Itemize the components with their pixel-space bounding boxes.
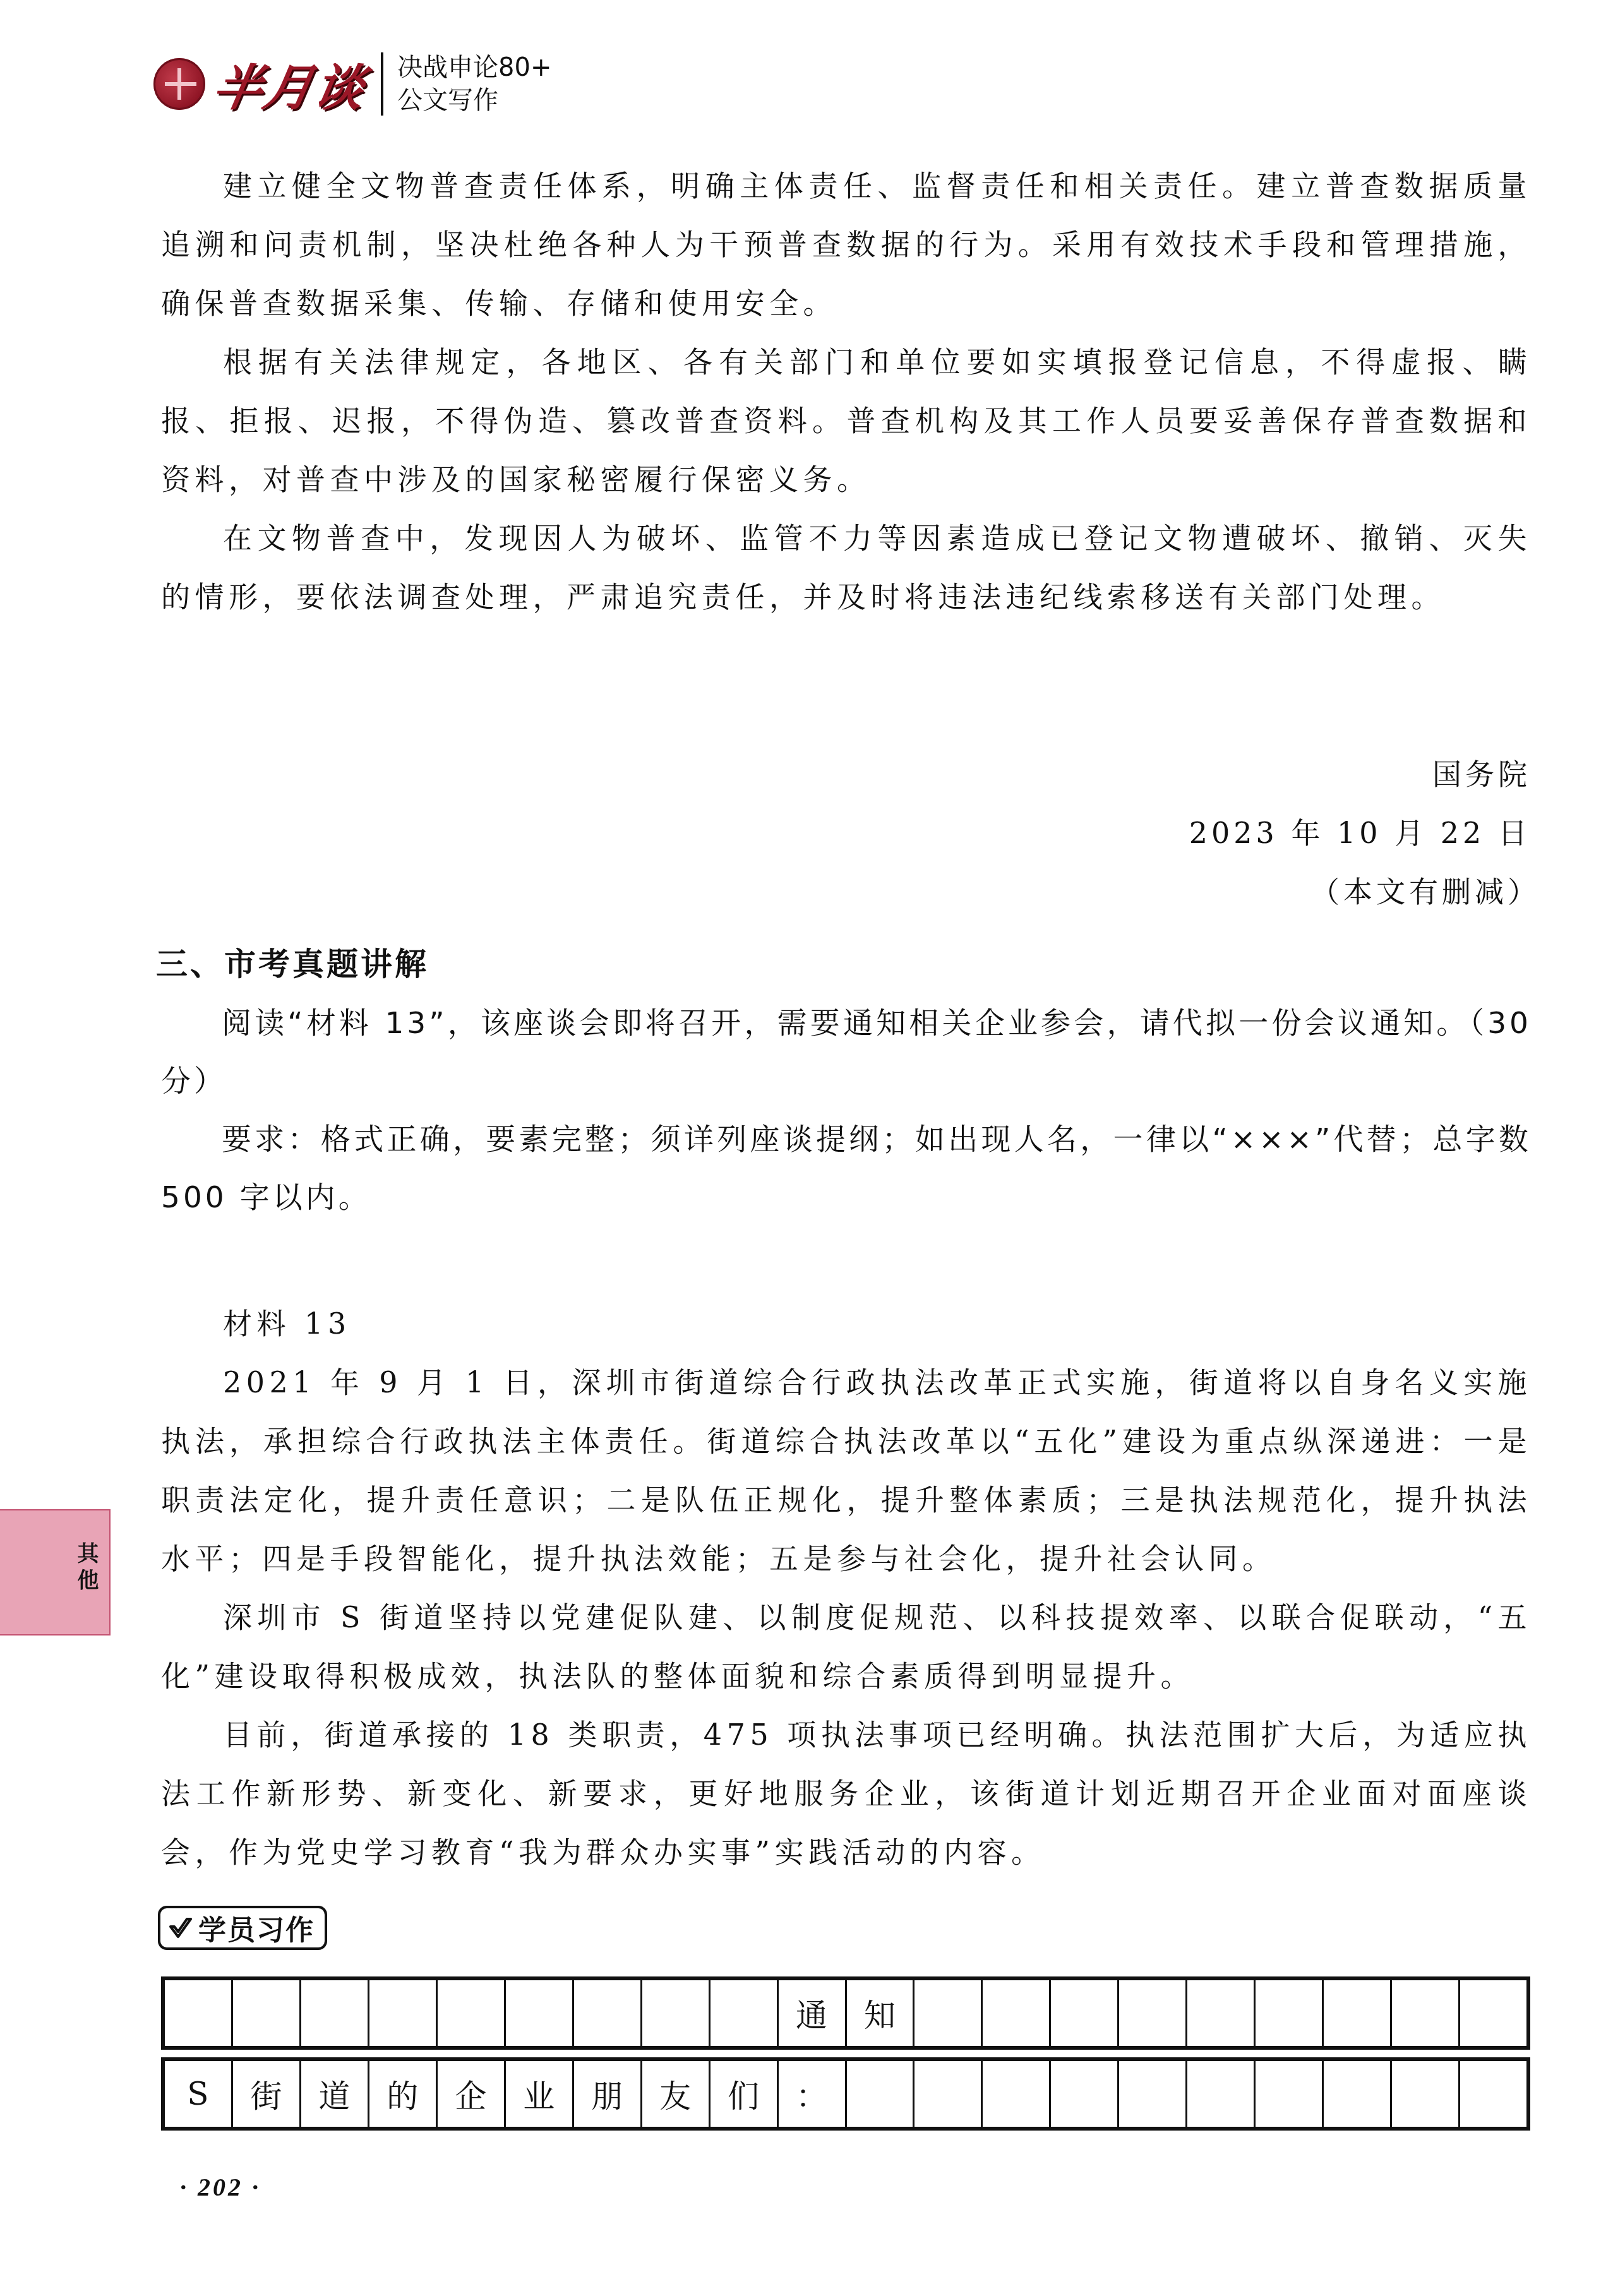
grid-cell[interactable]: 道 <box>301 2061 369 2127</box>
grid-cell[interactable] <box>1187 1980 1256 2046</box>
grid-cell[interactable]: 知 <box>847 1980 915 2046</box>
grid-cell[interactable] <box>438 1980 506 2046</box>
grid-cell[interactable] <box>1119 1980 1187 2046</box>
material-label: 材料 13 <box>161 1294 1532 1353</box>
grid-cell[interactable] <box>233 1980 301 2046</box>
grid-cell[interactable] <box>914 2061 983 2127</box>
side-tab-label: 其他 <box>71 1542 102 1595</box>
grid-cell[interactable] <box>1256 2061 1324 2127</box>
grid-cell[interactable]: 街 <box>233 2061 301 2127</box>
grid-cell[interactable] <box>983 1980 1051 2046</box>
requirement-text: 要求：格式正确，要素完整；须详列座谈提纲；如出现人名，一律以“×××”代替；总字… <box>161 1111 1532 1227</box>
material-block: 材料 13 2021 年 9 月 1 日，深圳市街道综合行政执法改革正式实施，街… <box>161 1294 1532 1882</box>
book-title: 决战申论80+ 公文写作 <box>397 51 551 117</box>
grid-cell[interactable] <box>506 1980 574 2046</box>
grid-cell[interactable] <box>301 1980 369 2046</box>
header-divider <box>381 52 383 116</box>
material-paragraph: 深圳市 S 街道坚持以党建促队建、以制度促规范、以科技提效率、以联合促联动，“五… <box>161 1588 1532 1706</box>
signature-date: 2023 年 10 月 22 日 <box>1189 810 1531 852</box>
grid-cell[interactable] <box>1051 2061 1119 2127</box>
writing-grid-row-2: S 街 道 的 企 业 朋 友 们 ： <box>161 2057 1530 2131</box>
grid-cell[interactable] <box>847 2061 915 2127</box>
question-text: 阅读“材料 13”，该座谈会即将召开，需要通知相关企业参会，请代拟一份会议通知。… <box>161 995 1532 1111</box>
grid-cell[interactable] <box>1460 1980 1526 2046</box>
signature-note: （本文有删减） <box>1310 869 1540 911</box>
brand-name: 半月谈 <box>208 49 372 119</box>
brand-logo-icon <box>153 58 205 110</box>
grid-cell[interactable]: 们 <box>711 2061 779 2127</box>
material-paragraph: 目前，街道承接的 18 类职责，475 项执法事项已经明确。执法范围扩大后，为适… <box>161 1706 1532 1882</box>
grid-cell[interactable] <box>1187 2061 1256 2127</box>
document-paragraph: 在文物普查中，发现因人为破坏、监管不力等因素造成已登记文物遭破坏、撤销、灭失的情… <box>161 509 1532 626</box>
grid-cell[interactable]: 通 <box>779 1980 847 2046</box>
section-title: 三、市考真题讲解 <box>156 939 429 984</box>
page-number: · 202 · <box>180 2172 261 2202</box>
grid-cell[interactable]: 企 <box>438 2061 506 2127</box>
grid-cell[interactable]: 的 <box>369 2061 438 2127</box>
grid-cell[interactable] <box>983 2061 1051 2127</box>
grid-cell[interactable]: S <box>165 2061 233 2127</box>
book-title-line-1: 决战申论80+ <box>397 51 551 84</box>
question-block: 阅读“材料 13”，该座谈会即将召开，需要通知相关企业参会，请代拟一份会议通知。… <box>161 995 1532 1227</box>
grid-cell[interactable]: 业 <box>506 2061 574 2127</box>
writing-grid-row-1: 通 知 <box>161 1976 1530 2050</box>
document-paragraph: 建立健全文物普查责任体系，明确主体责任、监督责任和相关责任。建立普查数据质量追溯… <box>161 157 1532 333</box>
student-exercise-badge: 学员习作 <box>158 1906 327 1950</box>
grid-cell[interactable] <box>1392 1980 1460 2046</box>
signature-issuer: 国务院 <box>1432 751 1531 793</box>
grid-cell[interactable] <box>1324 1980 1392 2046</box>
grid-cell[interactable] <box>369 1980 438 2046</box>
grid-cell[interactable] <box>914 1980 983 2046</box>
side-tab-other[interactable]: 其他 <box>0 1509 111 1635</box>
document-body: 建立健全文物普查责任体系，明确主体责任、监督责任和相关责任。建立普查数据质量追溯… <box>161 157 1532 626</box>
page-header: 半月谈 决战申论80+ 公文写作 <box>153 49 551 119</box>
grid-cell[interactable] <box>574 1980 642 2046</box>
checkmark-icon <box>168 1915 193 1940</box>
grid-cell[interactable] <box>1460 2061 1526 2127</box>
grid-cell[interactable] <box>165 1980 233 2046</box>
grid-cell[interactable] <box>1392 2061 1460 2127</box>
grid-cell[interactable] <box>642 1980 711 2046</box>
grid-cell[interactable] <box>1119 2061 1187 2127</box>
grid-cell[interactable] <box>711 1980 779 2046</box>
grid-cell[interactable]: 朋 <box>574 2061 642 2127</box>
grid-cell[interactable] <box>1256 1980 1324 2046</box>
grid-cell[interactable]: ： <box>779 2061 847 2127</box>
grid-cell[interactable] <box>1051 1980 1119 2046</box>
grid-cell[interactable]: 友 <box>642 2061 711 2127</box>
grid-cell[interactable] <box>1324 2061 1392 2127</box>
badge-label: 学员习作 <box>198 1908 315 1948</box>
book-title-line-2: 公文写作 <box>397 84 551 117</box>
document-paragraph: 根据有关法律规定，各地区、各有关部门和单位要如实填报登记信息，不得虚报、瞒报、拒… <box>161 333 1532 509</box>
material-paragraph: 2021 年 9 月 1 日，深圳市街道综合行政执法改革正式实施，街道将以自身名… <box>161 1353 1532 1588</box>
